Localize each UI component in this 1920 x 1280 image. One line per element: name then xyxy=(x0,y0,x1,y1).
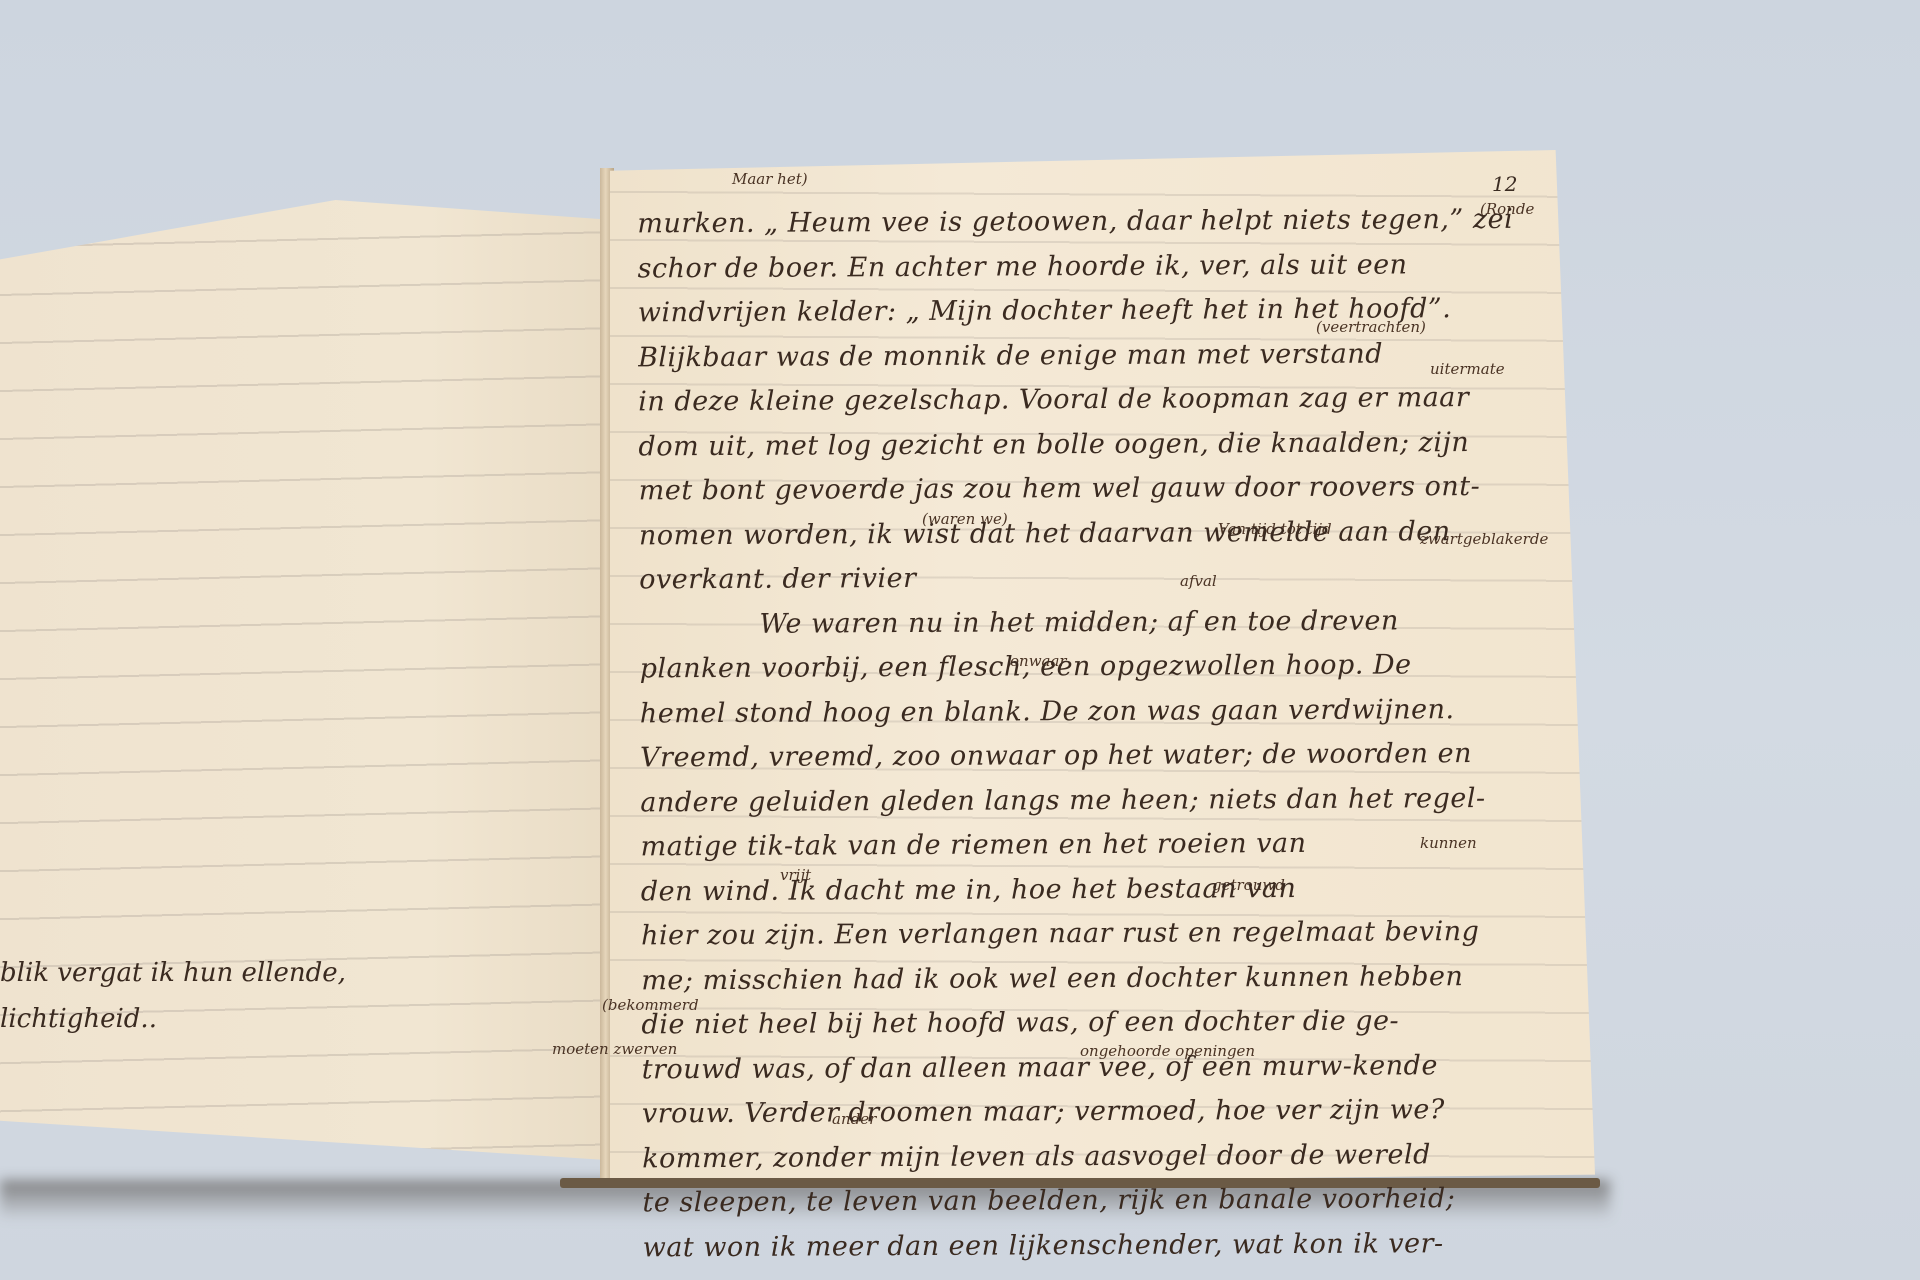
left-page-text: blik vergat ik hun ellende, lichtigheid.… xyxy=(0,950,560,1042)
handwritten-line: trouwd was, of dan alleen maar vee, of e… xyxy=(642,1043,1562,1092)
handwritten-line: We waren nu in het midden; af en toe dre… xyxy=(639,598,1559,647)
handwritten-line: blik vergat ik hun ellende, xyxy=(0,950,560,996)
handwritten-line: nomen worden, ik wist dat het daarvan we… xyxy=(639,509,1559,558)
handwritten-line: te sleepen, te leven van beelden, rijk e… xyxy=(642,1177,1562,1226)
handwritten-line: in deze kleine gezelschap. Vooral de koo… xyxy=(638,376,1558,425)
handwritten-line: met bont gevoerde jas zou hem wel gauw d… xyxy=(639,465,1559,514)
handwritten-line: die niet heel bij het hoofd was, of een … xyxy=(641,999,1561,1048)
handwritten-line: den wind. Ik dacht me in, hoe het bestaa… xyxy=(641,865,1561,914)
annotation: Maar het) xyxy=(732,170,808,188)
handwritten-line: vrouw. Verder droomen maar; vermoed, hoe… xyxy=(642,1088,1562,1137)
handwritten-line: Blijkbaar was de monnik de enige man met… xyxy=(638,331,1558,380)
handwritten-line: windvrijen kelder: „ Mijn dochter heeft … xyxy=(638,287,1558,336)
handwritten-line: me; misschien had ik ook wel een dochter… xyxy=(641,954,1561,1003)
handwritten-line: lichtigheid.. xyxy=(0,996,560,1042)
handwritten-line: planken voorbij, een flesch, een opgezwo… xyxy=(640,643,1560,692)
right-page-text: murken. „ Heum vee is getoowen, daar hel… xyxy=(637,198,1563,1271)
handwritten-line: Vreemd, vreemd, zoo onwaar op het water;… xyxy=(640,732,1560,781)
handwritten-line: overkant. der rivier xyxy=(639,554,1559,603)
handwritten-line: kommer, zonder mijn leven als aasvogel d… xyxy=(642,1132,1562,1181)
handwritten-line: schor de boer. En achter me hoorde ik, v… xyxy=(637,242,1557,291)
handwritten-line: hier zou zijn. Een verlangen naar rust e… xyxy=(641,910,1561,959)
handwritten-line: hemel stond hoog en blank. De zon was ga… xyxy=(640,687,1560,736)
handwritten-line: matige tik-tak van de riemen en het roei… xyxy=(640,821,1560,870)
handwritten-line: dom uit, met log gezicht en bolle oogen,… xyxy=(638,420,1558,469)
handwritten-line: wat won ik meer dan een lijkenschender, … xyxy=(643,1221,1563,1270)
handwritten-line: andere geluiden gleden langs me heen; ni… xyxy=(640,776,1560,825)
handwritten-line: murken. „ Heum vee is getoowen, daar hel… xyxy=(637,198,1557,247)
page-number: 12 xyxy=(1492,172,1517,196)
